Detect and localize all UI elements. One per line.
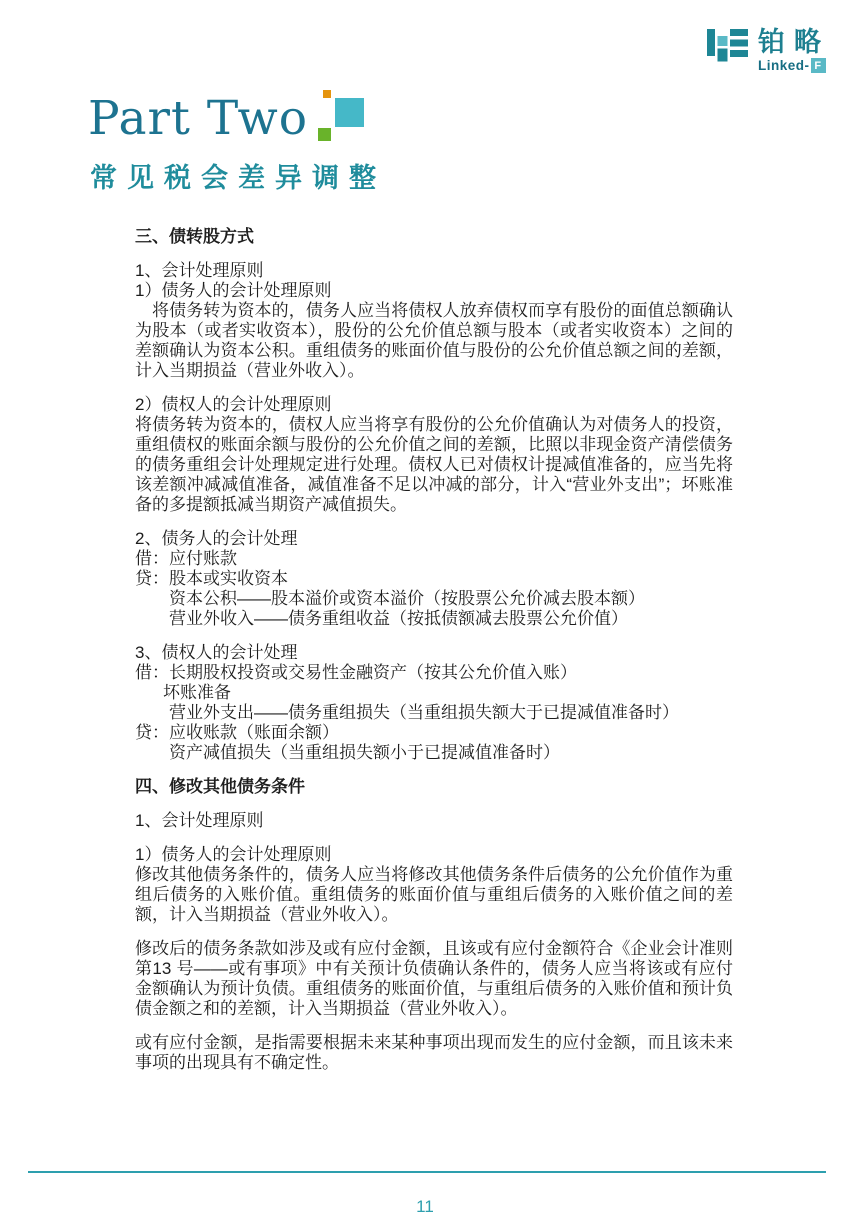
content-line: 将债务转为资本的，债务人应当将债权人放弃债权而享有股份的面值总额确认为股本（或者… — [135, 301, 733, 381]
content-line: 1、会计处理原则 — [135, 811, 733, 831]
content-line: 1）债务人的会计处理原则 — [135, 281, 733, 301]
content-line: 资产减值损失（当重组损失额小于已提减值准备时） — [135, 743, 733, 763]
content-line: 1、会计处理原则 — [135, 261, 733, 281]
page-number: 11 — [0, 1197, 850, 1217]
content-line: 坏账准备 — [135, 683, 733, 703]
content: 三、债转股方式1、会计处理原则1）债务人的会计处理原则将债务转为资本的，债务人应… — [135, 227, 733, 1073]
footer-divider — [28, 1171, 826, 1173]
content-line: 借：长期股权投资或交易性金融资产（按其公允价值入账） — [135, 663, 733, 683]
section-heading: 三、债转股方式 — [135, 227, 733, 247]
content-line: 贷：应收账款（账面余额） — [135, 723, 733, 743]
brand-logo-icon — [707, 28, 749, 70]
content-line: 修改其他债务条件的，债务人应当将修改其他债务条件后债务的公允价值作为重组后债务的… — [135, 865, 733, 925]
brand-name-english: Linked-F — [758, 58, 826, 73]
brand-f-badge: F — [811, 58, 826, 73]
deco-square-orange — [323, 90, 331, 98]
content-line: 将债务转为资本的，债权人应当将享有股份的公允价值确认为对债务人的投资，重组债权的… — [135, 415, 733, 515]
brand-logo-text: 铂略 Linked-F — [758, 28, 830, 73]
content-line: 或有应付金额，是指需要根据未来某种事项出现而发生的应付金额，而且该未来事项的出现… — [135, 1033, 733, 1073]
brand-name-chinese: 铂略 — [758, 28, 830, 56]
part-subtitle: 常见税会差异调整 — [90, 156, 386, 195]
deco-square-blue — [335, 98, 364, 127]
content-line: 资本公积——股本溢价或资本溢价（按股票公允价减去股本额） — [135, 589, 733, 609]
brand-name-english-prefix: Linked- — [758, 58, 810, 73]
content-line: 2）债权人的会计处理原则 — [135, 395, 733, 415]
content-line: 1）债务人的会计处理原则 — [135, 845, 733, 865]
deco-square-green — [318, 128, 331, 141]
content-line: 营业外收入——债务重组收益（按抵债额减去股票公允价值） — [135, 609, 733, 629]
content-line: 2、债务人的会计处理 — [135, 529, 733, 549]
content-line: 营业外支出——债务重组损失（当重组损失额大于已提减值准备时） — [135, 703, 733, 723]
deco-squares — [312, 86, 376, 148]
content-line: 借：应付账款 — [135, 549, 733, 569]
part-title: Part Two — [88, 94, 308, 143]
section-heading: 四、修改其他债务条件 — [135, 777, 733, 797]
content-line: 3、债权人的会计处理 — [135, 643, 733, 663]
content-line: 贷：股本或实收资本 — [135, 569, 733, 589]
content-line: 修改后的债务条款如涉及或有应付金额，且该或有应付金额符合《企业会计准则第13 号… — [135, 939, 733, 1019]
brand-logo: 铂略 Linked-F — [707, 28, 830, 73]
